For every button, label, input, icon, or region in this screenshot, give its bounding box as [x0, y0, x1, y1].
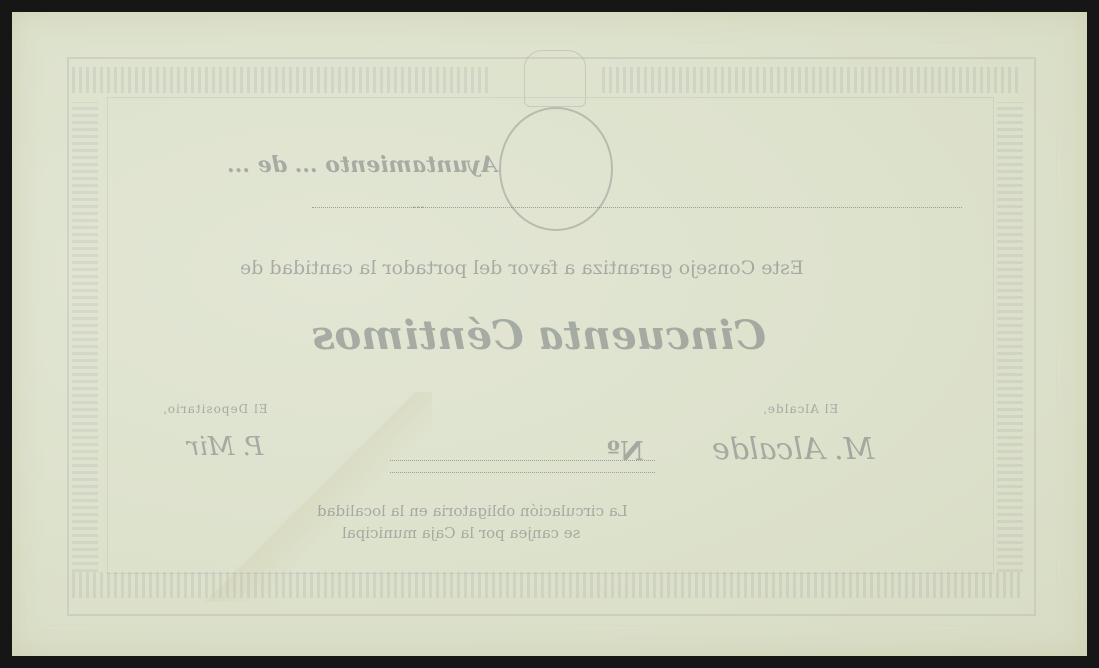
subheader-line: [312, 207, 962, 208]
amount-text: Cincuenta Céntimos: [312, 312, 766, 359]
footer-line-2: se canjea por la Caja municipal: [342, 524, 580, 542]
left-sign-title: El Depositario,: [162, 402, 268, 416]
banknote-paper: Ayuntamiento ... de ... ... Este Consejo…: [12, 12, 1087, 656]
right-border: [997, 102, 1023, 572]
left-border: [72, 102, 98, 572]
header-text: Ayuntamiento ... de ...: [227, 152, 497, 178]
left-signature: P. Mir: [187, 432, 263, 462]
right-signature: M. Alcalde: [712, 432, 874, 467]
top-border-right: [602, 67, 1022, 93]
body-text: Este Consejo garantiza a favor del porta…: [240, 257, 804, 279]
number-line-1: [390, 460, 655, 461]
number-label: Nº: [607, 437, 644, 467]
number-line-2: [390, 472, 655, 473]
top-border-left: [72, 67, 492, 93]
subheader-text: ...: [412, 197, 424, 212]
paper-fold: [192, 392, 432, 602]
footer-line-1: La circulación obligatoria en la localid…: [317, 502, 628, 520]
seal-stamp-icon: [499, 107, 613, 231]
right-sign-title: El Alcalde,: [762, 402, 838, 416]
crown-emblem-icon: [524, 50, 586, 107]
